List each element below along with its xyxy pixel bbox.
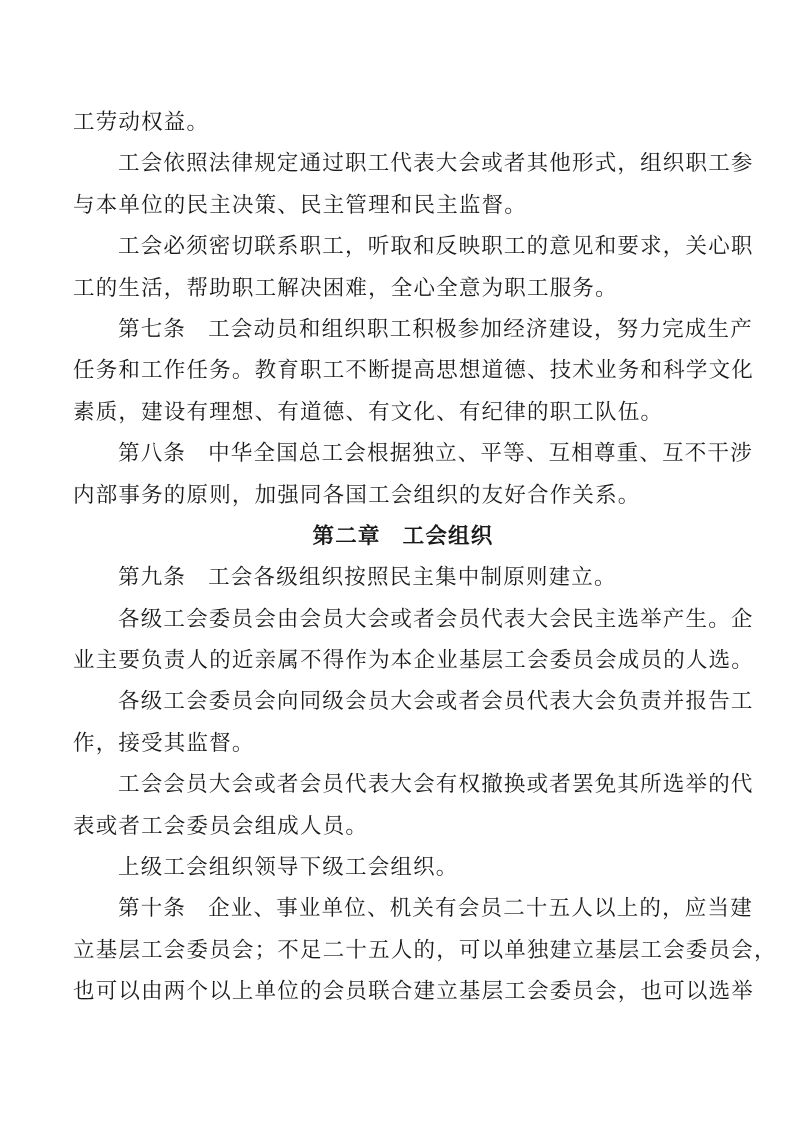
article-label: 第九条 xyxy=(118,565,186,590)
paragraph-line: 业主要负责人的近亲属不得作为本企业基层工会委员会成员的人选。 xyxy=(73,640,723,681)
article-label: 第八条 xyxy=(118,441,186,466)
paragraph-line: 工的生活，帮助职工解决困难，全心全意为职工服务。 xyxy=(73,268,723,309)
document-page: 工劳动权益。 工会依照法律规定通过职工代表大会或者其他形式，组织职工参 与本单位… xyxy=(73,102,723,1013)
article-10-line-3: 也可以由两个以上单位的会员联合建立基层工会委员会，也可以选举 xyxy=(73,971,723,1012)
article-8-line-2: 内部事务的原则，加强同各国工会组织的友好合作关系。 xyxy=(73,475,723,516)
article-8-line-1: 第八条中华全国总工会根据独立、平等、互相尊重、互不干涉 xyxy=(73,433,723,474)
article-7-line-3: 素质，建设有理想、有道德、有文化、有纪律的职工队伍。 xyxy=(73,392,723,433)
chapter-heading: 第二章工会组织 xyxy=(73,516,723,557)
article-7-line-2: 任务和工作任务。教育职工不断提高思想道德、技术业务和科学文化 xyxy=(73,350,723,391)
chapter-number: 第二章 xyxy=(313,524,381,549)
paragraph-line: 工会依照法律规定通过职工代表大会或者其他形式，组织职工参 xyxy=(73,143,723,184)
article-label: 第十条 xyxy=(118,896,186,921)
paragraph-line: 作，接受其监督。 xyxy=(73,723,723,764)
article-7-line-1: 第七条工会动员和组织职工积极参加经济建设，努力完成生产 xyxy=(73,309,723,350)
paragraph-line: 上级工会组织领导下级工会组织。 xyxy=(73,847,723,888)
article-9-line-1: 第九条工会各级组织按照民主集中制原则建立。 xyxy=(73,557,723,598)
paragraph-line: 与本单位的民主决策、民主管理和民主监督。 xyxy=(73,185,723,226)
paragraph-line: 各级工会委员会向同级会员大会或者会员代表大会负责并报告工 xyxy=(73,681,723,722)
article-text: 工会动员和组织职工积极参加经济建设，努力完成生产 xyxy=(208,317,753,342)
paragraph-line: 工会必须密切联系职工，听取和反映职工的意见和要求，关心职 xyxy=(73,226,723,267)
article-10-line-1: 第十条企业、事业单位、机关有会员二十五人以上的，应当建 xyxy=(73,888,723,929)
article-text: 企业、事业单位、机关有会员二十五人以上的，应当建 xyxy=(208,896,753,921)
paragraph-line: 各级工会委员会由会员大会或者会员代表大会民主选举产生。企 xyxy=(73,599,723,640)
article-text: 工会各级组织按照民主集中制原则建立。 xyxy=(208,565,617,590)
article-label: 第七条 xyxy=(118,317,186,342)
paragraph-line: 表或者工会委员会组成人员。 xyxy=(73,806,723,847)
article-text: 中华全国总工会根据独立、平等、互相尊重、互不干涉 xyxy=(208,441,753,466)
chapter-title: 工会组织 xyxy=(403,524,494,549)
paragraph-line: 工劳动权益。 xyxy=(73,102,723,143)
article-10-line-2: 立基层工会委员会；不足二十五人的，可以单独建立基层工会委员会， xyxy=(73,930,723,971)
paragraph-line: 工会会员大会或者会员代表大会有权撤换或者罢免其所选举的代 xyxy=(73,764,723,805)
